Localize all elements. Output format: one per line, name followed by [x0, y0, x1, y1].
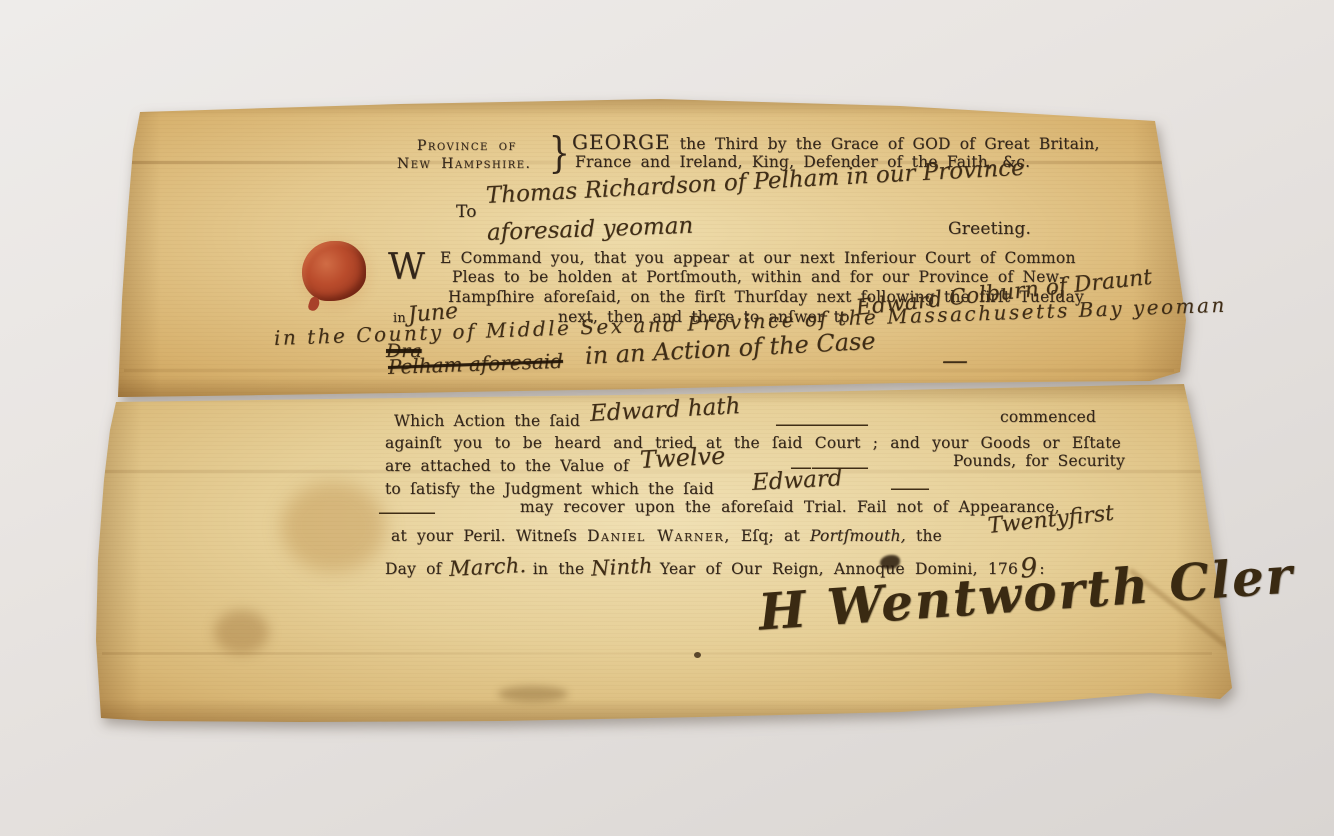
drop-cap-w: W: [388, 250, 425, 286]
body-line2: againſt you to be heard and tried at the…: [385, 434, 1121, 452]
king-title-line1: the Third by the Grace of GOD of Great B…: [680, 135, 1100, 153]
king-name: GEORGE: [572, 130, 671, 154]
addressee-handwriting-2: aforesaid yeoman: [487, 213, 694, 246]
body-line1-end: commenced: [1000, 408, 1096, 426]
wax-seal: [302, 241, 366, 301]
defendant-hand-line4: Edward: [751, 465, 843, 496]
province-caption-line1: Province of: [417, 138, 517, 154]
document-photo: Province of New Hampshire. } GEORGE the …: [0, 0, 1334, 836]
body-line3-end: Pounds, for Security: [953, 452, 1125, 470]
body-line6-mid: Eſq; at: [741, 527, 800, 545]
document-text: Province of New Hampshire. } GEORGE the …: [0, 0, 1334, 836]
body-line3-print: are attached to the Value of: [385, 457, 629, 475]
witness-name: Daniel Warner,: [587, 527, 731, 545]
regnal-year-handwriting: Ninth: [591, 553, 654, 580]
province-caption-line2: New Hampshire.: [397, 156, 531, 172]
body-line5: may recover upon the aforeſaid Trial. Fa…: [520, 498, 1060, 516]
writ-line1: E Command you, that you appear at our ne…: [440, 249, 1076, 267]
place-name: Portſmouth,: [810, 527, 906, 545]
line5-dash: ———: [378, 500, 432, 525]
action-dash: —: [942, 346, 968, 376]
value-handwriting: Twelve: [639, 442, 726, 474]
defendant-hand-line1: Edward hath: [589, 393, 741, 427]
body-line7-start: Day of: [385, 560, 442, 578]
body-line6-the: the: [916, 527, 942, 545]
body-line7-mid: in the: [533, 560, 584, 578]
body-line4-print: to ſatisfy the Judgment which the ſaid: [385, 480, 714, 498]
body-line1-print: Which Action the ſaid: [394, 412, 580, 430]
struck-out-text: Pelham aforesaid: [388, 349, 564, 379]
greeting-text: Greeting.: [948, 219, 1031, 239]
to-label: To: [456, 202, 477, 222]
body-line6-start: at your Peril. Witneſs: [391, 527, 577, 545]
month-handwriting-2: March.: [448, 553, 526, 581]
brace-glyph: }: [549, 128, 570, 177]
